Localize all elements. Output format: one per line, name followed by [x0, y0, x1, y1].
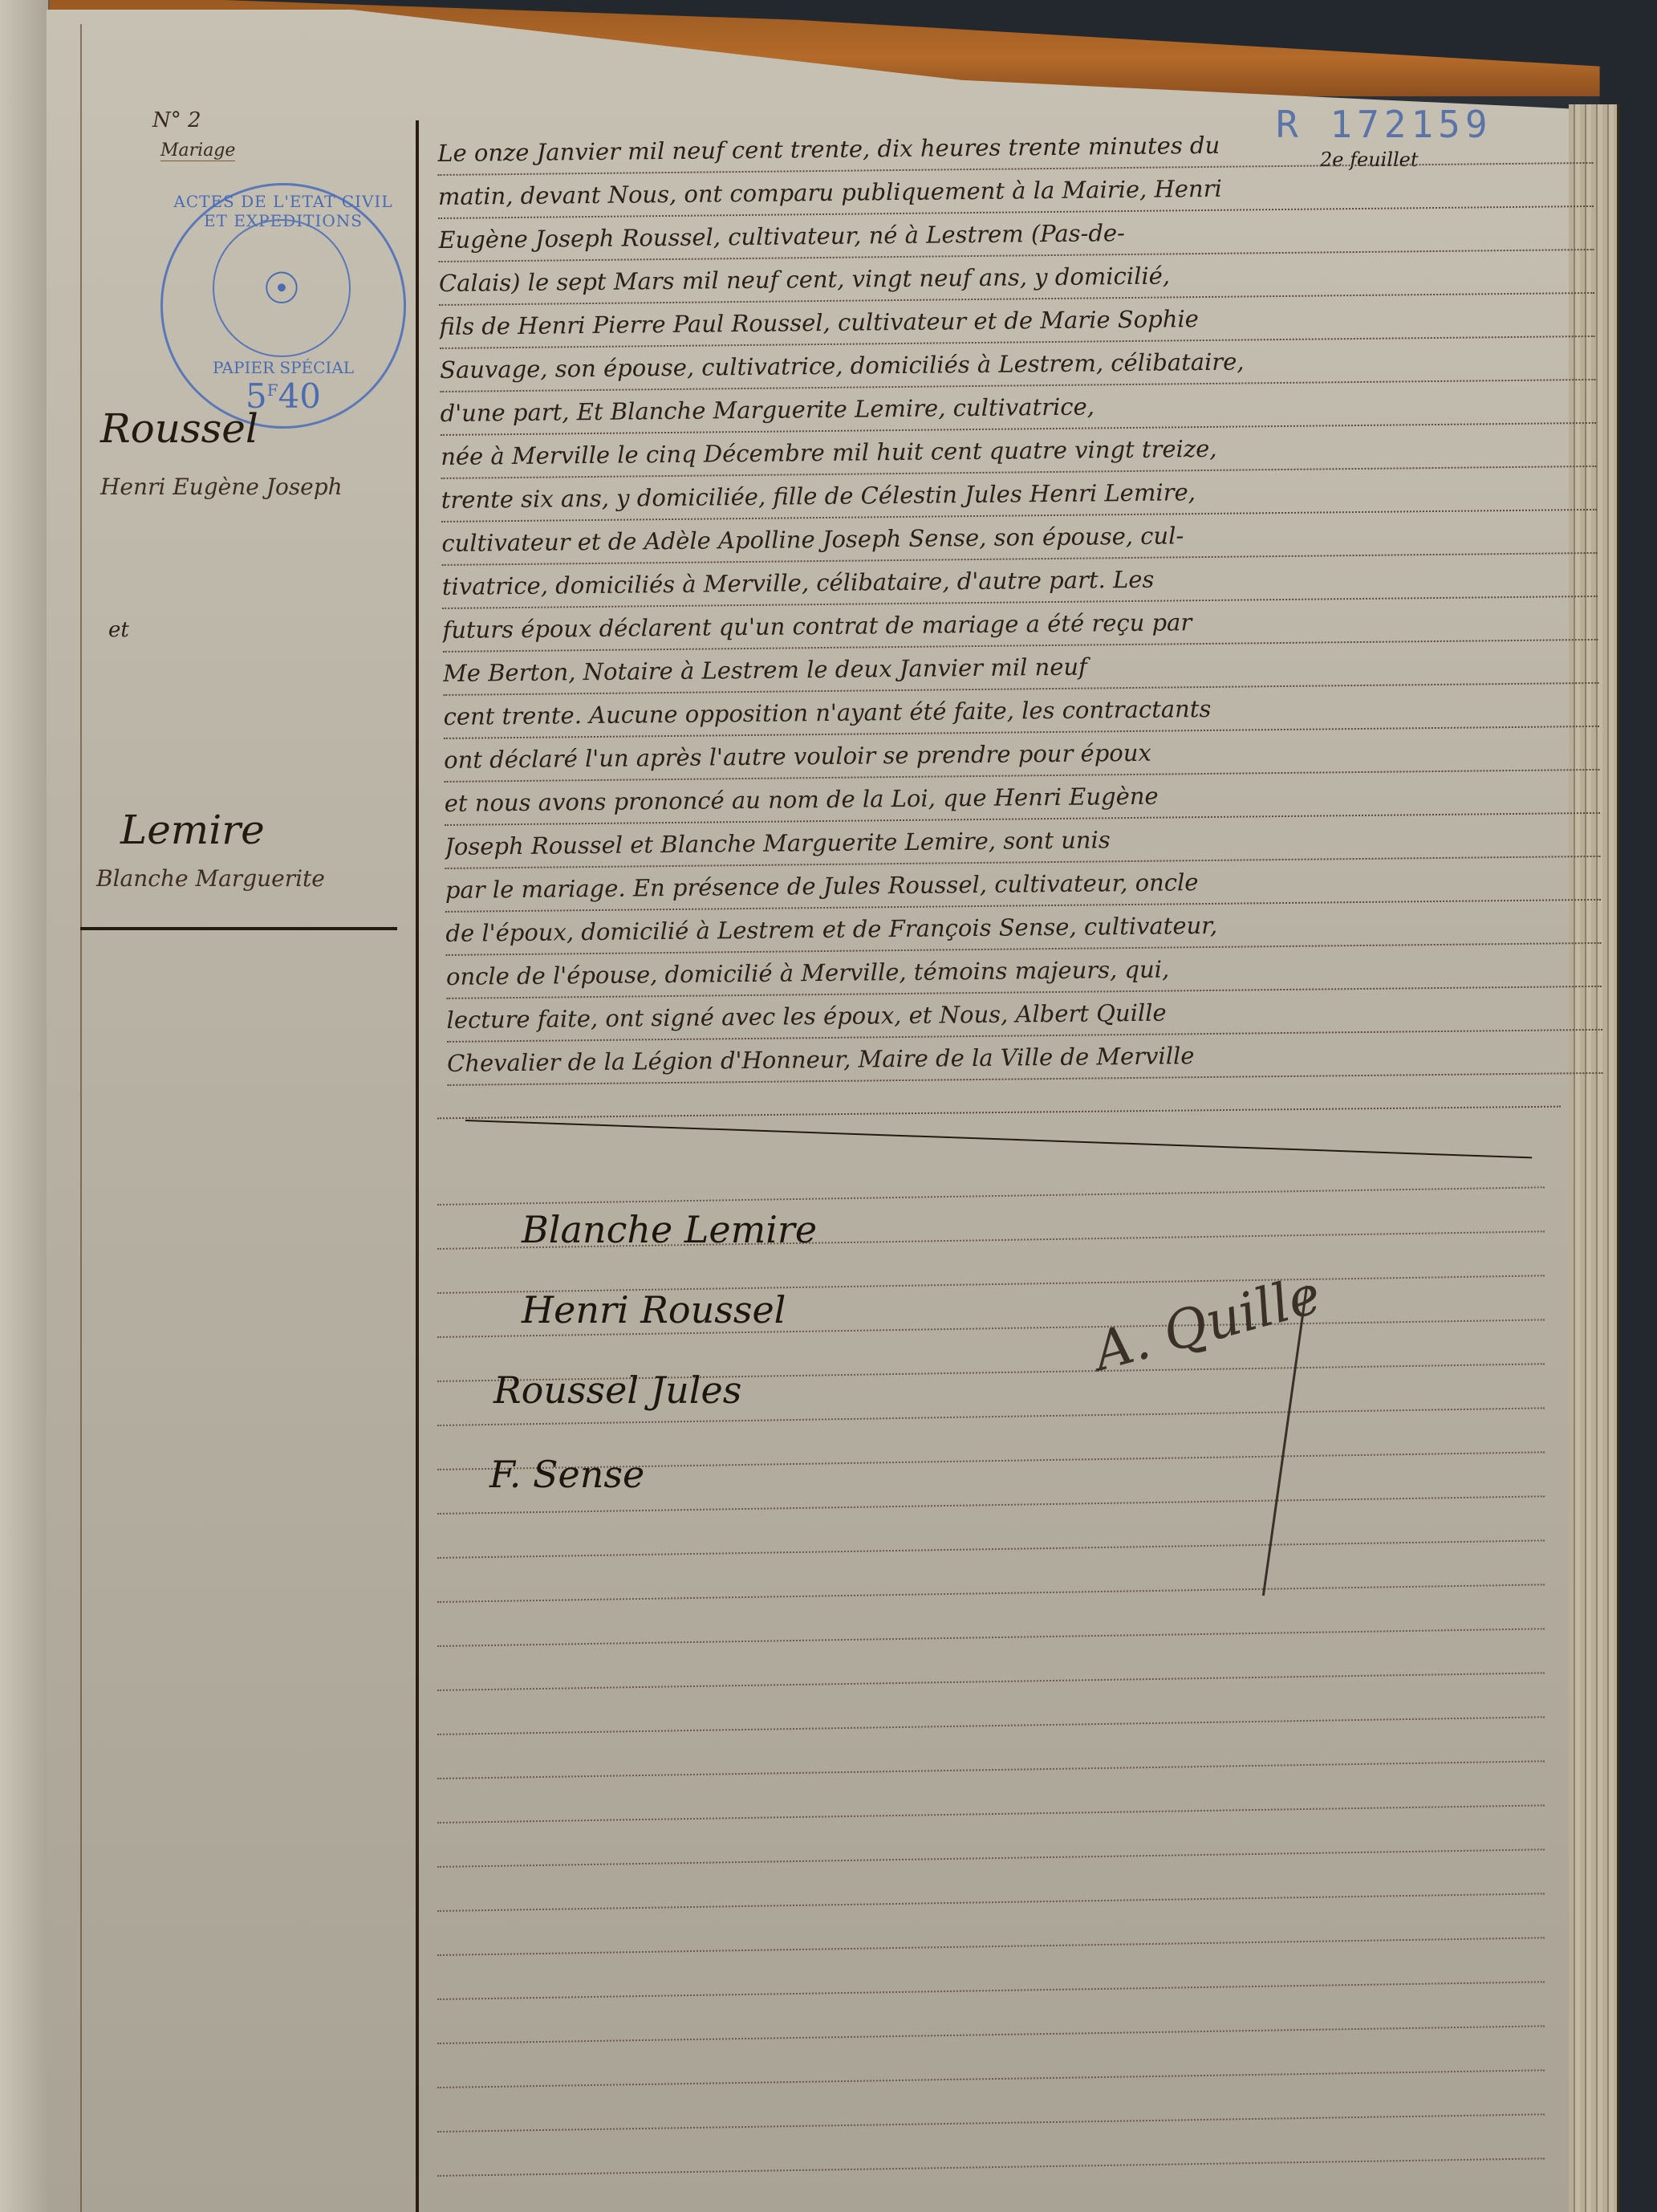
page-fold-line	[80, 24, 82, 2212]
groom-given-names: Henri Eugène Joseph	[100, 474, 343, 500]
bride-signature: Blanche Lemire	[522, 1208, 817, 1251]
act-number: N° 2	[152, 108, 201, 132]
facing-page-edge	[0, 0, 50, 2212]
marianne-icon: ☉	[213, 219, 351, 357]
act-body: Le onze Janvier mil neuf cent trente, di…	[437, 120, 1602, 1086]
groom-signature: Henri Roussel	[522, 1288, 786, 1332]
stamp-paper-label: PAPIER SPÉCIAL	[163, 358, 404, 377]
act-type: Mariage	[160, 140, 235, 161]
margin-rule	[416, 120, 419, 2212]
margin-conjunction: et	[108, 618, 129, 642]
witness1-signature: Roussel Jules	[493, 1368, 741, 1412]
bride-given-names: Blanche Marguerite	[96, 865, 325, 892]
margin-end-rule	[80, 927, 397, 930]
bride-surname: Lemire	[120, 807, 265, 853]
groom-surname: Roussel	[100, 405, 258, 452]
witness2-signature: F. Sense	[489, 1453, 644, 1496]
tax-stamp: ACTES DE L'ETAT CIVIL ET EXPEDITIONS ☉ P…	[160, 183, 406, 429]
